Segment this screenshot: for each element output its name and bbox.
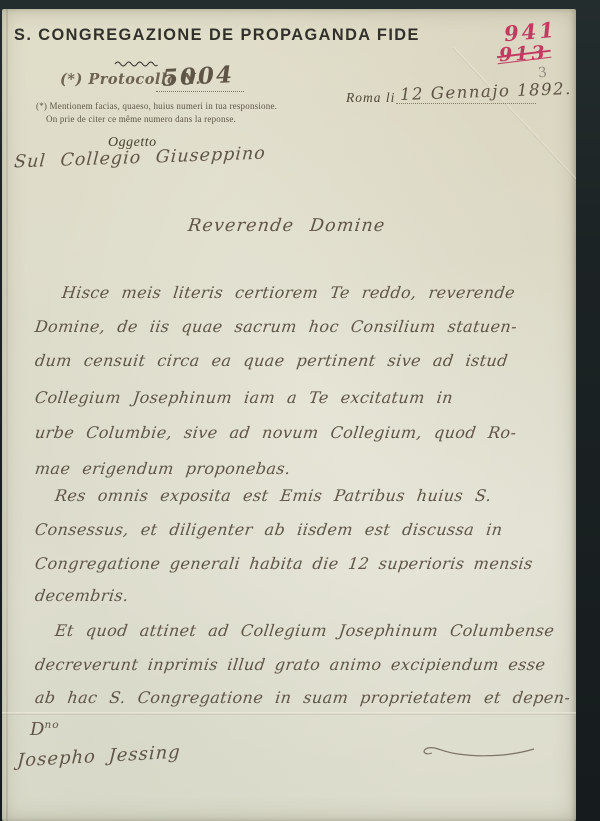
letterhead-title: S. CONGREGAZIONE DE PROPAGANDA FIDE (14, 25, 420, 45)
body-line: Domine, de iis quae sacrum hoc Consilium… (34, 317, 518, 336)
dateline: Roma li 12 Gennajo 1892. (346, 89, 395, 107)
dateline-printed-prefix: Roma li (346, 90, 395, 105)
addressee-abbrev-letter: D (30, 719, 44, 740)
dateline-handwritten-date: 12 Gennajo 1892. (400, 79, 572, 104)
registry-number-struck: 913 (498, 42, 548, 67)
body-line: mae erigendum proponebas. (34, 459, 292, 478)
body-line: decembris. (34, 586, 130, 605)
addressee-name: Josepho Jessing (17, 742, 182, 772)
body-line: Hisce meis literis certiorem Te reddo, r… (61, 283, 516, 302)
body-line: Res omnis exposita est Emis Patribus hui… (54, 486, 493, 505)
body-line: urbe Columbie, sive ad novum Collegium, … (34, 423, 518, 442)
body-line: Collegium Josephinum iam a Te excitatum … (34, 388, 454, 407)
addressee-abbreviation: Dno (30, 719, 60, 740)
diagonal-corner-crease (453, 47, 576, 206)
body-line: ab hac S. Congregatione in suam propriet… (34, 688, 572, 707)
subject-handwritten: Sul Collegio Giuseppino (13, 144, 266, 173)
salutation: Reverende Domine (187, 216, 387, 236)
pen-flourish (418, 739, 540, 766)
body-line: Congregatione generali habita die 12 sup… (34, 554, 534, 573)
letter-page: S. CONGREGAZIONE DE PROPAGANDA FIDE (*) … (2, 9, 576, 821)
body-line: dum censuit circa ea quae pertinent sive… (34, 351, 509, 370)
vertical-fold-crease (6, 9, 8, 821)
body-line: Consessus, et diligenter ab iisdem est d… (34, 520, 504, 539)
protocol-number-handwritten: 5004 (161, 61, 234, 92)
body-line: Et quod attinet ad Collegium Josephinum … (54, 621, 556, 640)
body-line: decreverunt inprimis illud grato animo e… (34, 655, 547, 674)
protocol-line: (*) Protocollo N. 5004 (60, 71, 201, 89)
photo-background: S. CONGREGAZIONE DE PROPAGANDA FIDE (*) … (0, 0, 600, 821)
footnote-french: On prie de citer ce même numero dans la … (46, 114, 236, 124)
addressee-abbrev-superscript: no (44, 719, 59, 731)
footnote-latin: (*) Mentionem facias, quaeso, huius nume… (36, 101, 277, 111)
horizontal-fold-crease (2, 712, 576, 715)
